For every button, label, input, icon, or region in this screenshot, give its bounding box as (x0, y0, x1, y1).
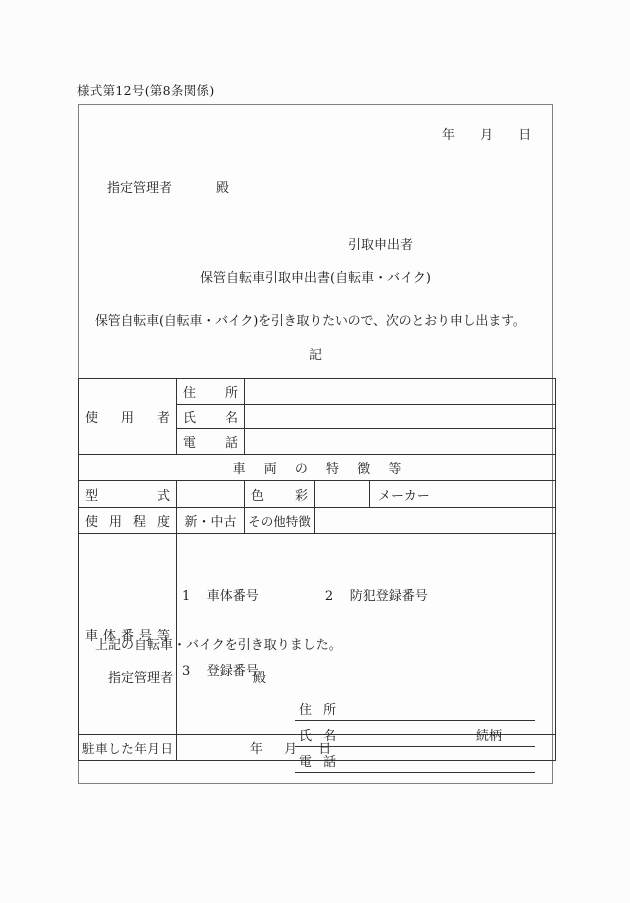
user-label-cell: 使 用 者 (79, 379, 177, 455)
other-features-value-cell (315, 508, 556, 534)
receipt-honorific-label: 殿 (253, 671, 266, 686)
sign-address-label: 住 所 (299, 699, 336, 718)
sign-line-name: 氏 名 続柄 (295, 722, 535, 747)
sign-phone-label: 電 話 (299, 751, 336, 770)
date-line: 年 月 日 (442, 124, 531, 143)
sign-line-phone: 電 話 (295, 748, 535, 773)
receipt-addressee-line: 指定管理者殿 (108, 667, 266, 686)
model-label-cell: 型 式 (79, 481, 177, 508)
name-value-cell (245, 405, 556, 429)
address-value-cell (245, 379, 556, 405)
signature-block: 住 所 氏 名 続柄 電 話 (295, 696, 535, 774)
other-features-label-cell: その他特徴 (245, 508, 315, 534)
phone-value-cell (245, 429, 556, 455)
maker-cell: メーカー (370, 481, 556, 508)
form-number: 様式第12号(第8条関係) (77, 81, 215, 99)
model-value-cell (177, 481, 245, 508)
form-box: 年 月 日 指定管理者殿 引取申出者 保管自転車引取申出書(自転車・バイク) 保… (78, 104, 553, 784)
addressee-line: 指定管理者殿 (107, 177, 229, 196)
sign-line-address: 住 所 (295, 696, 535, 721)
receipt-addressee-label: 指定管理者 (108, 671, 173, 686)
color-label-cell: 色 彩 (245, 481, 315, 508)
form-title: 保管自転車引取申出書(自転車・バイク) (79, 267, 552, 286)
body-number-line1: 1 車体番号 2 防犯登録番号 (182, 584, 551, 609)
name-label-cell: 氏 名 (177, 405, 245, 429)
note-mark: 記 (79, 344, 552, 363)
addressee-label: 指定管理者 (107, 181, 172, 196)
relationship-label: 続柄 (476, 725, 502, 744)
vehicle-features-header-cell: 車 両 の 特 徴 等 (79, 455, 556, 481)
parked-date-label-cell: 駐車した年月日 (79, 735, 177, 761)
sign-name-label: 氏 名 (299, 725, 336, 744)
address-label-cell: 住 所 (177, 379, 245, 405)
color-value-cell (315, 481, 370, 508)
document-page: 様式第12号(第8条関係) 年 月 日 指定管理者殿 引取申出者 保管自転車引取… (0, 0, 630, 903)
receipt-text: 上記の自転車・バイクを引き取りました。 (95, 634, 342, 653)
form-body-text: 保管自転車(自転車・バイク)を引き取りたいので、次のとおり申し出ます。 (95, 310, 526, 329)
applicant-label: 引取申出者 (348, 234, 413, 253)
honorific-label: 殿 (216, 181, 229, 196)
usage-label-cell: 使 用 程 度 (79, 508, 177, 534)
new-used-cell: 新・中古 (177, 508, 245, 534)
phone-label-cell: 電 話 (177, 429, 245, 455)
